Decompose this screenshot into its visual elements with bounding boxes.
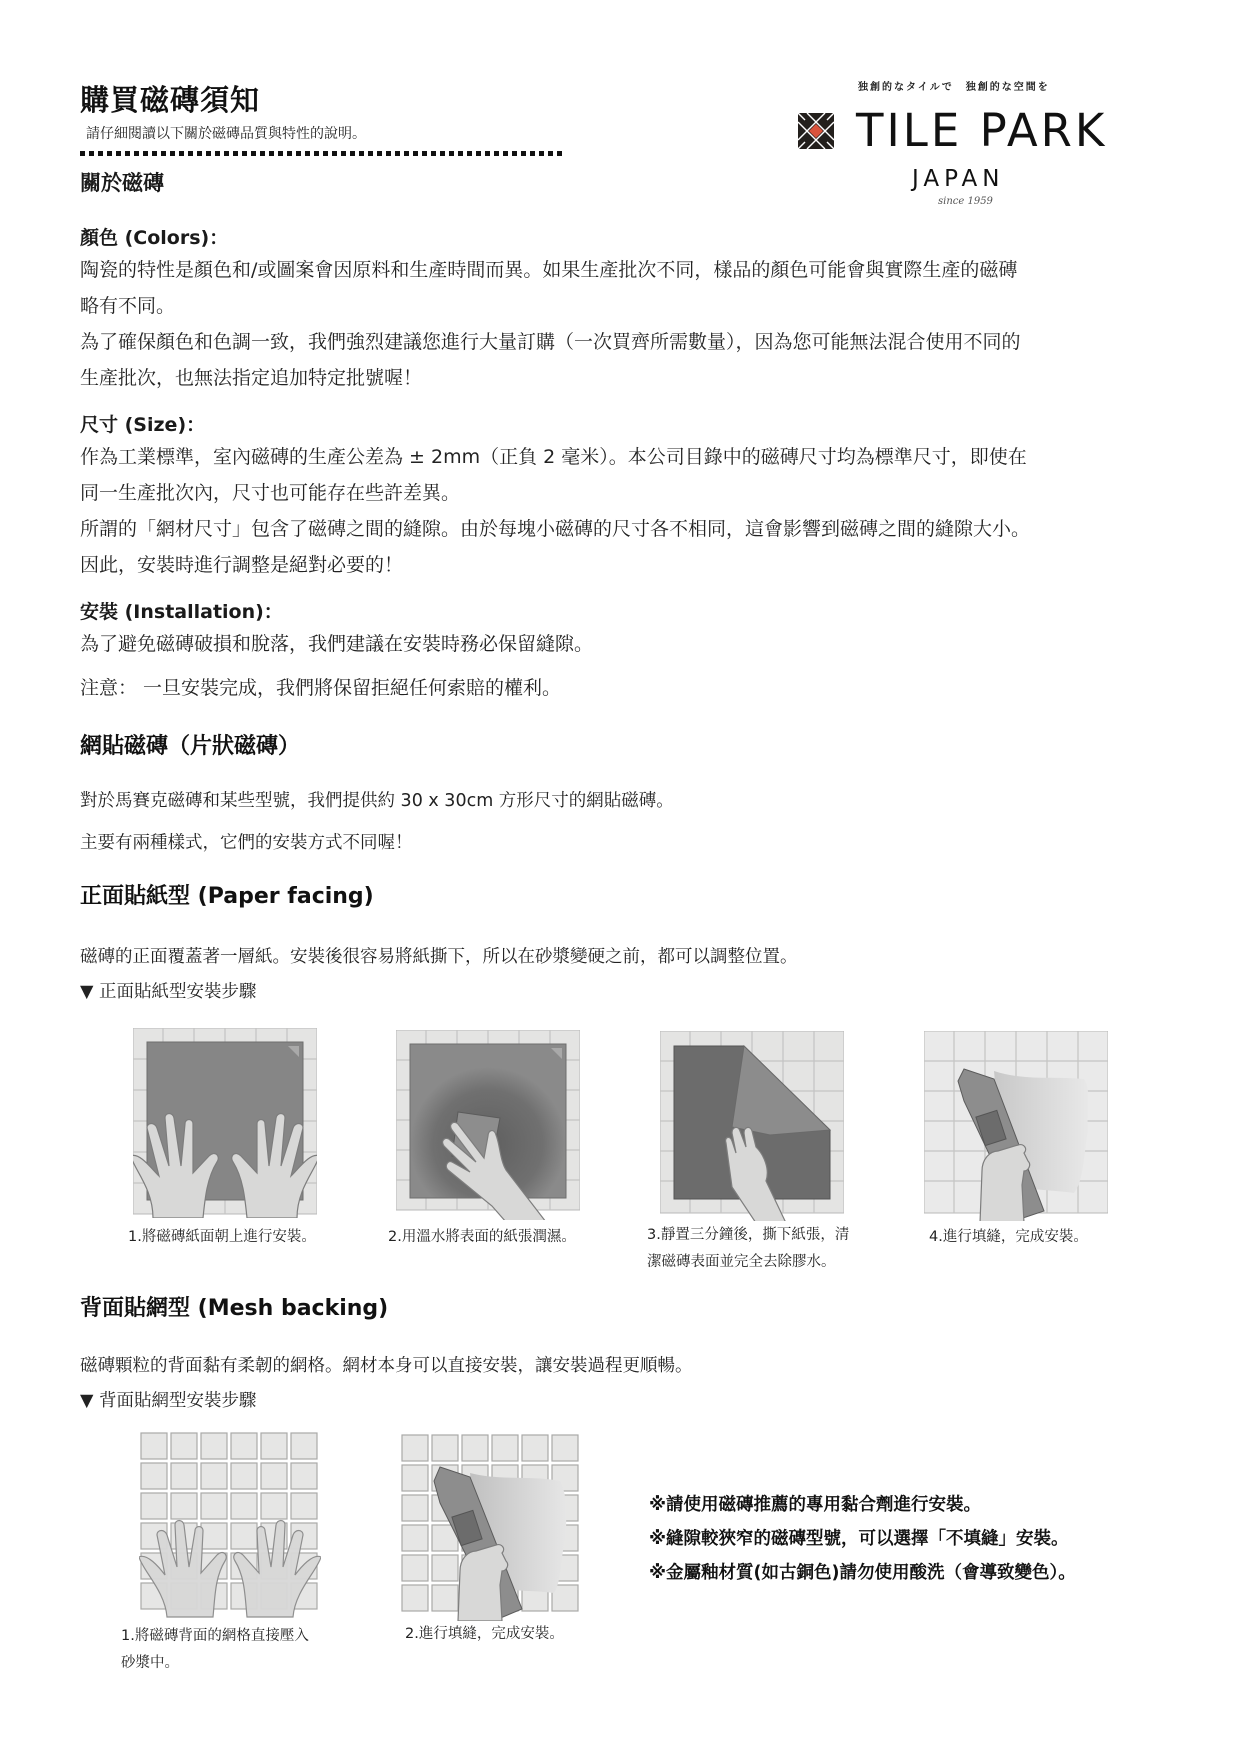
size-label: 尺寸 (Size)： bbox=[80, 410, 205, 437]
sheet-tiles-line: 主要有兩種樣式，它們的安裝方式不同喔！ bbox=[80, 829, 413, 854]
grout-float-mesh-illustration bbox=[400, 1433, 582, 1621]
dotted-divider bbox=[80, 151, 562, 156]
step-caption-line: 1.將磁磚背面的網格直接壓入 bbox=[121, 1623, 309, 1650]
logo-since-text: since 1959 bbox=[938, 196, 993, 207]
colors-paragraph: 陶瓷的特性是顏色和/或圖案會因原料和生產時間而異。如果生產批次不同，樣品的顏色可… bbox=[80, 252, 1180, 396]
sheet-tiles-line: 對於馬賽克磁磚和某些型號，我們提供約 30 x 30cm 方形尺寸的網貼磁磚。 bbox=[80, 787, 674, 812]
size-paragraph: 作為工業標準，室內磁磚的生產公差為 ± 2mm（正負 2 毫米）。本公司目錄中的… bbox=[80, 439, 1180, 583]
step-caption-line: 3.靜置三分鐘後，撕下紙張，清 bbox=[647, 1222, 849, 1249]
step-caption-line: 潔磁磚表面並完全去除膠水。 bbox=[647, 1249, 849, 1276]
tile-park-logo: TILE PARK bbox=[798, 108, 1107, 153]
step-caption: 2.用溫水將表面的紙張潤濕。 bbox=[388, 1224, 576, 1251]
hands-pressing-mesh-sheet-illustration bbox=[139, 1431, 321, 1619]
colors-line: 略有不同。 bbox=[80, 288, 1180, 324]
mesh-backing-steps-label: ▼ 背面貼網型安裝步驟 bbox=[80, 1387, 257, 1412]
step-caption: 4.進行填縫，完成安裝。 bbox=[929, 1224, 1088, 1251]
step-caption-line: 1.將磁磚紙面朝上進行安裝。 bbox=[128, 1224, 316, 1251]
step-caption-line: 2.用溫水將表面的紙張潤濕。 bbox=[388, 1224, 576, 1251]
tile-park-logo-mark-icon bbox=[798, 113, 834, 149]
logo-tagline: 独創的なタイルで 独創的な空間を bbox=[858, 78, 1050, 93]
colors-line: 為了確保顏色和色調一致，我們強烈建議您進行大量訂購（一次買齊所需數量），因為您可… bbox=[80, 324, 1180, 360]
size-line: 同一生產批次內，尺寸也可能存在些許差異。 bbox=[80, 475, 1180, 511]
colors-line: 陶瓷的特性是顏色和/或圖案會因原料和生產時間而異。如果生產批次不同，樣品的顏色可… bbox=[80, 252, 1180, 288]
step-caption: 2.進行填縫，完成安裝。 bbox=[405, 1621, 564, 1648]
logo-brand-text: TILE PARK bbox=[856, 108, 1107, 153]
page-subtitle: 請仔細閱讀以下關於磁磚品質與特性的說明。 bbox=[86, 123, 366, 143]
mesh-backing-heading: 背面貼網型 (Mesh backing) bbox=[80, 1291, 388, 1322]
step-caption-line: 4.進行填縫，完成安裝。 bbox=[929, 1224, 1088, 1251]
step-caption: 1.將磁磚紙面朝上進行安裝。 bbox=[128, 1224, 316, 1251]
step-caption-line: 砂漿中。 bbox=[121, 1650, 309, 1677]
page-title: 購買磁磚須知 bbox=[80, 78, 260, 119]
size-line: 作為工業標準，室內磁磚的生產公差為 ± 2mm（正負 2 毫米）。本公司目錄中的… bbox=[80, 439, 1180, 475]
sheet-tiles-heading: 網貼磁磚（片狀磁磚） bbox=[80, 729, 300, 760]
step-caption: 1.將磁磚背面的網格直接壓入 砂漿中。 bbox=[121, 1623, 309, 1677]
paper-facing-heading: 正面貼紙型 (Paper facing) bbox=[80, 879, 374, 910]
colors-label: 顏色 (Colors)： bbox=[80, 223, 228, 250]
step-caption: 3.靜置三分鐘後，撕下紙張，清 潔磁磚表面並完全去除膠水。 bbox=[647, 1222, 849, 1276]
paper-facing-description: 磁磚的正面覆蓋著一層紙。安裝後很容易將紙撕下，所以在砂漿變硬之前，都可以調整位置… bbox=[80, 943, 798, 968]
hands-pressing-paper-sheet-illustration bbox=[133, 1028, 317, 1218]
size-line: 所謂的「網材尺寸」包含了磁磚之間的縫隙。由於每塊小磁磚的尺寸各不相同，這會影響到… bbox=[80, 511, 1180, 547]
about-tiles-heading: 關於磁磚 bbox=[80, 167, 164, 197]
colors-line: 生產批次，也無法指定追加特定批號喔！ bbox=[80, 360, 1180, 396]
size-line: 因此，安裝時進行調整是絕對必要的！ bbox=[80, 547, 1180, 583]
sponge-wetting-paper-illustration bbox=[396, 1030, 580, 1220]
paper-facing-steps-label: ▼ 正面貼紙型安裝步驟 bbox=[80, 978, 257, 1003]
step-caption-line: 2.進行填縫，完成安裝。 bbox=[405, 1621, 564, 1648]
installation-line: 為了避免磁磚破損和脫落，我們建議在安裝時務必保留縫隙。 bbox=[80, 626, 1180, 662]
installation-notice: 注意： 一旦安裝完成，我們將保留拒絕任何索賠的權利。 bbox=[80, 670, 1180, 706]
installation-label: 安裝 (Installation)： bbox=[80, 597, 283, 624]
note-item: ※金屬釉材質(如古銅色)請勿使用酸洗（會導致變色）。 bbox=[649, 1559, 1076, 1584]
peeling-paper-illustration bbox=[660, 1031, 844, 1221]
note-item: ※縫隙較狹窄的磁磚型號，可以選擇「不填縫」安裝。 bbox=[649, 1525, 1069, 1550]
grout-float-illustration bbox=[924, 1031, 1108, 1221]
mesh-backing-description: 磁磚顆粒的背面黏有柔韌的網格。網材本身可以直接安裝，讓安裝過程更順暢。 bbox=[80, 1352, 693, 1377]
note-item: ※請使用磁磚推薦的專用黏合劑進行安裝。 bbox=[649, 1491, 981, 1516]
logo-country-text: JAPAN bbox=[912, 166, 1004, 192]
